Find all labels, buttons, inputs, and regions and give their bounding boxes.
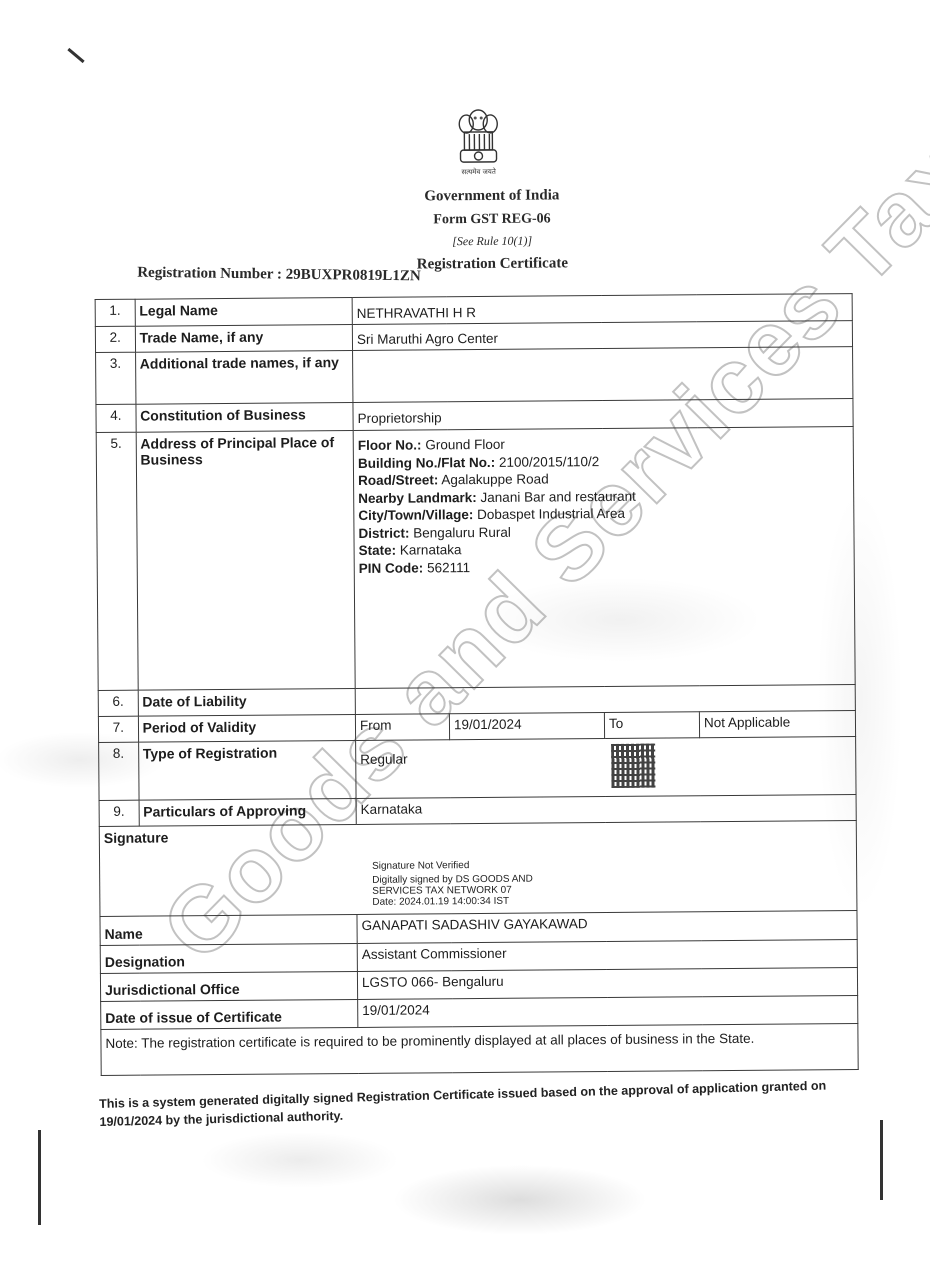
footer-statement: This is a system generated digitally sig… [99, 1076, 840, 1131]
registration-number-value: 29BUXPR0819L1ZN [286, 267, 421, 285]
note-row: Note: The registration certificate is re… [101, 1024, 858, 1076]
row-label: Address of Principal Place of Business [136, 430, 355, 690]
certificate-page: सत्यमेव जयते Government of India Form GS… [0, 0, 930, 1280]
row-label: Date of Liability [138, 688, 356, 716]
row-label: Additional trade names, if any [135, 350, 353, 404]
table-row: 3. Additional trade names, if any [96, 347, 853, 405]
row-label: Legal Name [135, 297, 353, 326]
validity-from-label: From [355, 714, 449, 741]
constitution-value: Proprietorship [353, 399, 853, 431]
signature-cell: Signature Signature Not Verified Digital… [99, 821, 857, 917]
address-line: PIN Code: 562111 [359, 556, 850, 577]
address-value: Floor No.: Ground Floor Building No./Fla… [353, 427, 855, 689]
officer-name-value: GANAPATI SADASHIV GAYAKAWAD [357, 911, 857, 944]
validity-to-label: To [604, 712, 699, 739]
digital-signature-block: Signature Not Verified Digitally signed … [372, 860, 533, 908]
row-number: 4. [96, 404, 136, 432]
emblem-caption: सत्यमेव जयते [452, 168, 506, 177]
signature-row: Signature Signature Not Verified Digital… [99, 821, 857, 917]
signature-label: Signature [104, 829, 169, 846]
approving-authority-value: Karnataka [356, 795, 856, 825]
row-label: Trade Name, if any [135, 324, 353, 352]
row-number: 3. [96, 352, 136, 404]
additional-trade-names-value [353, 347, 853, 403]
issue-date-value: 19/01/2024 [358, 996, 858, 1028]
jurisdictional-office-value: LGSTO 066- Bengaluru [357, 968, 857, 1000]
table-row: 5. Address of Principal Place of Busines… [96, 427, 855, 691]
registration-type-value: Regular [360, 752, 407, 767]
registration-number-label: Registration Number : [137, 265, 282, 283]
certificate-table: 1. Legal Name NETHRAVATHI H R 2. Trade N… [95, 293, 859, 1076]
row-number: 2. [95, 326, 135, 352]
row-number: 1. [95, 299, 135, 326]
row-number: 8. [99, 742, 139, 800]
row-label: Constitution of Business [136, 402, 354, 432]
trade-name-value: Sri Maruthi Agro Center [352, 321, 852, 351]
row-number: 9. [99, 800, 139, 826]
note-text: Note: The registration certificate is re… [101, 1024, 858, 1076]
rule-reference: [See Rule 10(1)] [327, 233, 657, 251]
issue-date-label: Date of issue of Certificate [101, 999, 358, 1029]
form-title: Form GST REG-06 [327, 211, 657, 230]
validity-from-value: 19/01/2024 [449, 713, 604, 740]
national-emblem-icon: सत्यमेव जयते [455, 106, 502, 176]
legal-name-value: NETHRAVATHI H R [352, 294, 852, 325]
row-number: 6. [98, 690, 138, 716]
validity-to-value: Not Applicable [699, 711, 855, 738]
row-number: 5. [96, 432, 138, 690]
signature-date: Date: 2024.01.19 14:00:34 IST [372, 896, 533, 908]
row-number: 7. [98, 716, 138, 742]
designation-value: Assistant Commissioner [357, 940, 857, 972]
row-label: Type of Registration [138, 740, 356, 800]
jurisdictional-office-label: Jurisdictional Office [100, 971, 357, 1001]
row-label: Period of Validity [138, 714, 356, 742]
registration-number: Registration Number : 29BUXPR0819L1ZN [137, 265, 421, 286]
qr-code-icon [611, 744, 655, 788]
government-title: Government of India [327, 187, 657, 207]
row-label: Particulars of Approving [139, 798, 357, 826]
signature-status: Signature Not Verified [372, 860, 533, 872]
officer-name-label: Name [100, 914, 357, 945]
table-row: 8. Type of Registration Regular [99, 737, 856, 801]
date-of-liability-value [355, 685, 855, 715]
registration-type-cell: Regular [356, 737, 856, 799]
designation-label: Designation [100, 943, 357, 973]
